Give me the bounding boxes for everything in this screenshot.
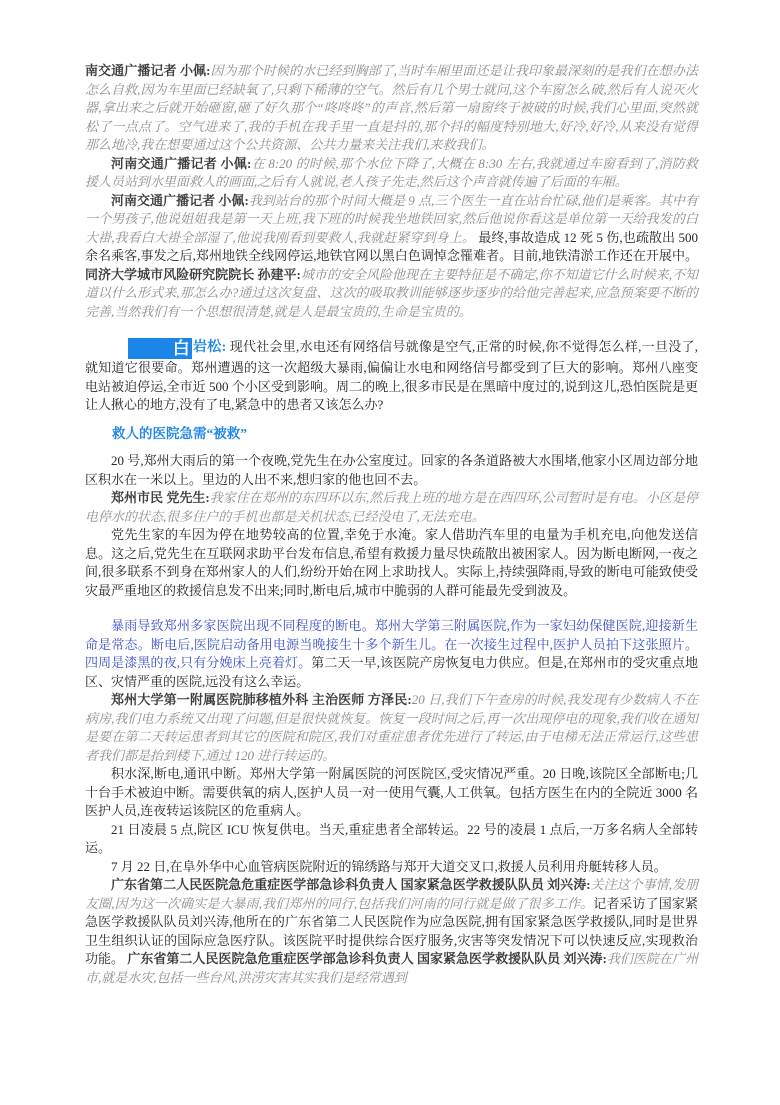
speaker-name: 广东省第二人民医院急危重症医学部急诊科负责人 国家紧急医学救援队队员 刘兴涛: bbox=[127, 951, 607, 966]
anchor-name: 岩松: bbox=[193, 340, 226, 355]
narration-text: 党先生家的车因为停在地势较高的位置,幸免于水淹。家人借助汽车里的电量为手机充电,… bbox=[85, 527, 698, 598]
article: 南交通广播记者 小佩:因为那个时候的水已经到胸部了,当时车厢里面还是让我印象最深… bbox=[85, 62, 698, 987]
section-heading: 救人的医院急需“被救” bbox=[85, 425, 698, 444]
paragraph: 广东省第二人民医院急危重症医学部急诊科负责人 国家紧急医学救援队队员 刘兴涛:关… bbox=[85, 876, 698, 987]
speaker-name: 广东省第二人民医院急危重症医学部急诊科负责人 国家紧急医学救援队队员 刘兴涛: bbox=[111, 877, 591, 892]
speaker-name: 河南交通广播记者 小佩: bbox=[111, 156, 251, 171]
paragraph: 20 号,郑州大雨后的第一个夜晚,党先生在办公室度过。回家的各条道路被大水围堵,… bbox=[85, 452, 698, 489]
document-page: 南交通广播记者 小佩:因为那个时候的水已经到胸部了,当时车厢里面还是让我印象最深… bbox=[0, 0, 780, 1105]
speaker-name: 郑州市民 党先生: bbox=[111, 490, 210, 505]
paragraph: 暴雨导致郑州多家医院出现不同程度的断电。郑州大学第三附属医院,作为一家妇幼保健医… bbox=[85, 617, 698, 691]
paragraph: 河南交通广播记者 小佩:在 8:20 的时候,那个水位下降了,大概在 8:30 … bbox=[85, 155, 698, 192]
speaker-name: 同济大学城市风险研究院院长 孙建平: bbox=[85, 267, 301, 282]
speaker-name: 河南交通广播记者 小佩: bbox=[111, 193, 249, 208]
paragraph: 南交通广播记者 小佩:因为那个时候的水已经到胸部了,当时车厢里面还是让我印象最深… bbox=[85, 62, 698, 155]
paragraph: 党先生家的车因为停在地势较高的位置,幸免于水淹。家人借助汽车里的电量为手机充电,… bbox=[85, 526, 698, 600]
narration-text: 7 月 22 日,在阜外华中心血管病医院附近的锦绣路与郑开大道交叉口,救援人员利… bbox=[111, 859, 667, 874]
paragraph: 郑州市民 党先生:我家住在郑州的东四环以东,然后我上班的地方是在西四环,公司暂时… bbox=[85, 489, 698, 526]
speaker-name: 郑州大学第一附属医院肺移植外科 主治医师 方泽民: bbox=[111, 692, 412, 707]
narration-text: 积水深,断电,通讯中断。郑州大学第一附属医院的河医院区,受灾情况严重。20 日晚… bbox=[85, 766, 698, 818]
narration-text: 20 号,郑州大雨后的第一个夜晚,党先生在办公室度过。回家的各条道路被大水围堵,… bbox=[85, 453, 698, 487]
narration-text: 21 日凌晨 5 点,院区 ICU 恢复供电。当天,重症患者全部转运。22 号的… bbox=[85, 822, 698, 856]
paragraph: 河南交通广播记者 小佩:我到站台的那个时间大概是 9 点,三个医生一直在站台忙碌… bbox=[85, 192, 698, 322]
anchor-highlight-char: 白 bbox=[128, 338, 192, 359]
speaker-name: 南交通广播记者 小佩: bbox=[85, 63, 210, 78]
paragraph: 白岩松: 现代社会里,水电还有网络信号就像是空气,正常的时候,你不觉得怎么样,一… bbox=[85, 338, 698, 415]
paragraph: 21 日凌晨 5 点,院区 ICU 恢复供电。当天,重症患者全部转运。22 号的… bbox=[85, 821, 698, 858]
paragraph: 7 月 22 日,在阜外华中心血管病医院附近的锦绣路与郑开大道交叉口,救援人员利… bbox=[85, 858, 698, 877]
paragraph: 郑州大学第一附属医院肺移植外科 主治医师 方泽民:20 日,我们下午查房的时候,… bbox=[85, 691, 698, 765]
paragraph: 积水深,断电,通讯中断。郑州大学第一附属医院的河医院区,受灾情况严重。20 日晚… bbox=[85, 765, 698, 821]
